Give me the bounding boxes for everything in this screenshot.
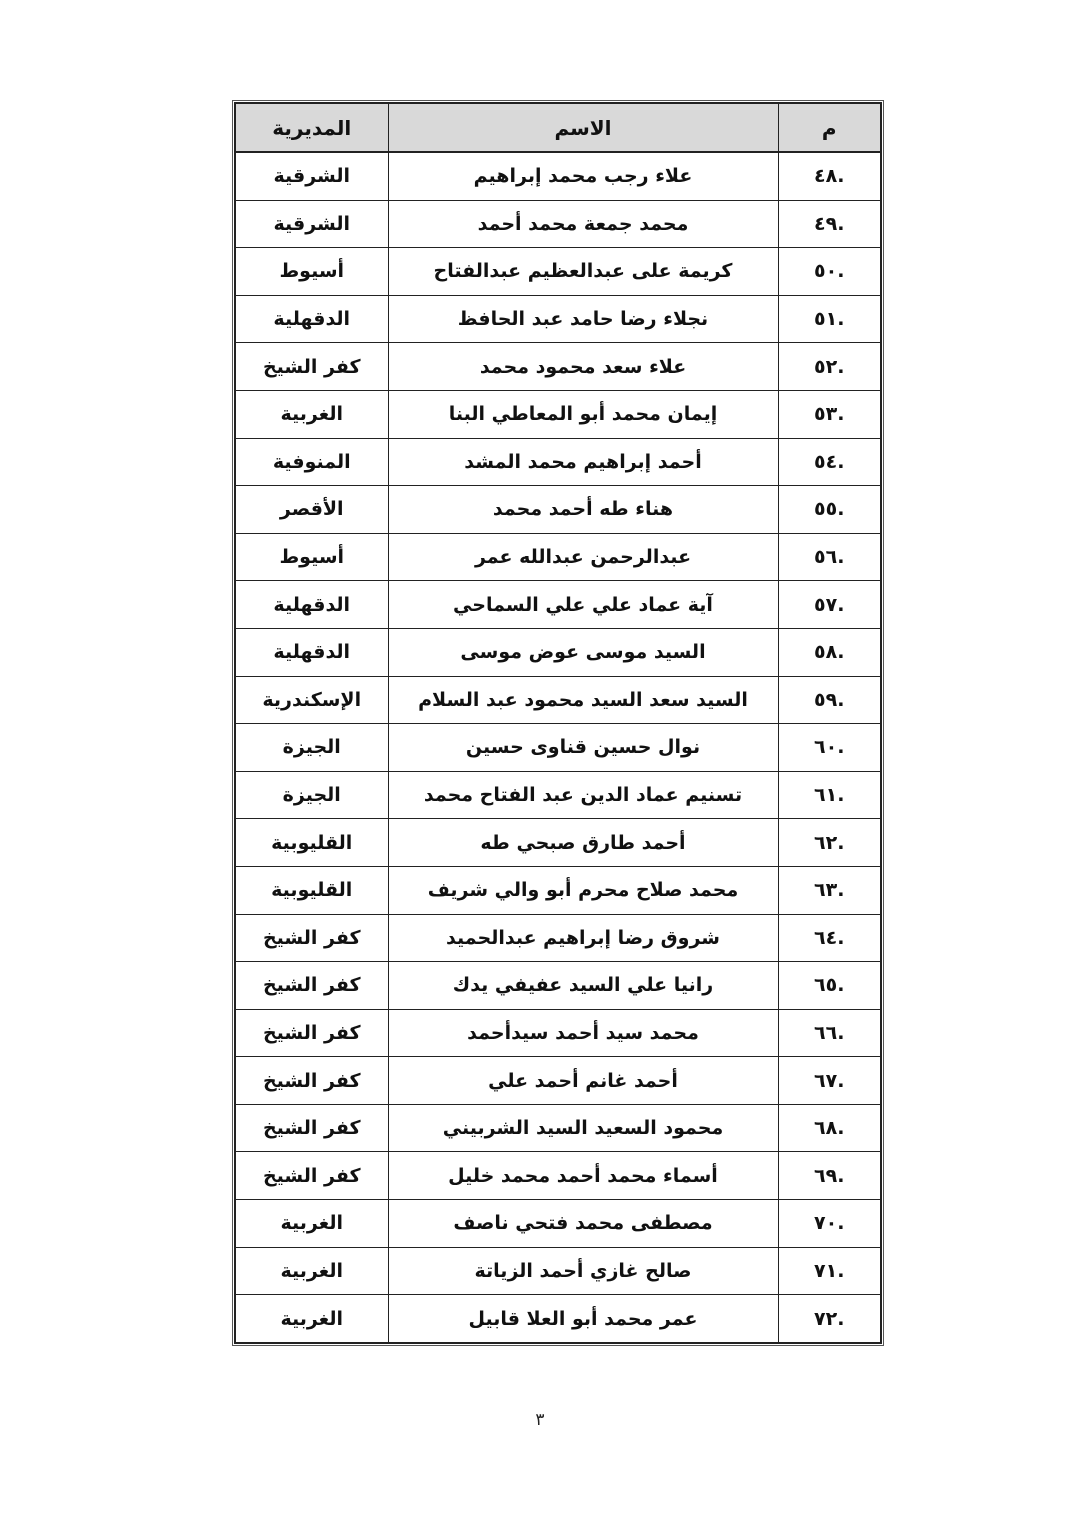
table-row: .٥٠كريمة على عبدالعظيم عبدالفتاحأسيوط	[235, 248, 881, 296]
row-directorate: الأقصر	[235, 486, 388, 534]
row-name: محمد سيد أحمد سيدأحمد	[388, 1009, 778, 1057]
table-row: .٧١صالح غازي أحمد الزياتةالغربية	[235, 1247, 881, 1295]
header-row: م الاسم المديرية	[235, 103, 881, 152]
table-row: .٤٨علاء رجب محمد إبراهيمالشرقية	[235, 152, 881, 200]
row-name: إيمان محمد أبو المعاطي البنا	[388, 390, 778, 438]
row-directorate: أسيوط	[235, 248, 388, 296]
row-number: .٦٩	[778, 1152, 881, 1200]
row-name: آية عماد علي علي السماحي	[388, 581, 778, 629]
row-directorate: كفر الشيخ	[235, 914, 388, 962]
row-name: نجلاء رضا حامد عبد الحافظ	[388, 295, 778, 343]
table-row: .٦٥رانيا علي السيد عفيفي يدككفر الشيخ	[235, 962, 881, 1010]
row-number: .٦٦	[778, 1009, 881, 1057]
row-name: أحمد طارق صبحي طه	[388, 819, 778, 867]
row-directorate: كفر الشيخ	[235, 1009, 388, 1057]
row-directorate: الدقهلية	[235, 581, 388, 629]
row-number: .٥٦	[778, 533, 881, 581]
row-directorate: كفر الشيخ	[235, 1152, 388, 1200]
row-name: السيد سعد السيد محمود عبد السلام	[388, 676, 778, 724]
table-row: .٦٦محمد سيد أحمد سيدأحمدكفر الشيخ	[235, 1009, 881, 1057]
row-directorate: كفر الشيخ	[235, 1057, 388, 1105]
table-body: .٤٨علاء رجب محمد إبراهيمالشرقية .٤٩محمد …	[235, 152, 881, 1343]
row-number: .٥٢	[778, 343, 881, 391]
table-row: .٤٩محمد جمعة محمد أحمدالشرقية	[235, 200, 881, 248]
row-directorate: الإسكندرية	[235, 676, 388, 724]
table-row: .٥٣إيمان محمد أبو المعاطي البناالغربية	[235, 390, 881, 438]
row-number: .٦٢	[778, 819, 881, 867]
table-row: .٧٠مصطفى محمد فتحي ناصفالغربية	[235, 1200, 881, 1248]
row-directorate: الجيزة	[235, 724, 388, 772]
names-table: م الاسم المديرية .٤٨علاء رجب محمد إبراهي…	[234, 102, 882, 1344]
row-directorate: الدقهلية	[235, 628, 388, 676]
row-name: تسنيم عماد الدين عبد الفتاح محمد	[388, 771, 778, 819]
row-name: هناء طه أحمد محمد	[388, 486, 778, 534]
row-name: عبدالرحمن عبدالله عمر	[388, 533, 778, 581]
row-name: أحمد إبراهيم محمد المشد	[388, 438, 778, 486]
row-directorate: الشرقية	[235, 152, 388, 200]
row-name: كريمة على عبدالعظيم عبدالفتاح	[388, 248, 778, 296]
row-number: .٥١	[778, 295, 881, 343]
document-page: م الاسم المديرية .٤٨علاء رجب محمد إبراهي…	[236, 102, 882, 1344]
table-row: .٦١تسنيم عماد الدين عبد الفتاح محمدالجيز…	[235, 771, 881, 819]
table-row: .٥٤أحمد إبراهيم محمد المشدالمنوفية	[235, 438, 881, 486]
table-row: .٥٦عبدالرحمن عبدالله عمرأسيوط	[235, 533, 881, 581]
row-number: .٥٥	[778, 486, 881, 534]
row-name: السيد موسى عوض موسى	[388, 628, 778, 676]
row-name: أحمد غانم أحمد علي	[388, 1057, 778, 1105]
row-name: نوال حسين قناوى حسين	[388, 724, 778, 772]
row-name: أسماء محمد أحمد محمد خليل	[388, 1152, 778, 1200]
row-directorate: الغربية	[235, 1200, 388, 1248]
table-row: .٥٥هناء طه أحمد محمدالأقصر	[235, 486, 881, 534]
header-name: الاسم	[388, 103, 778, 152]
row-directorate: الشرقية	[235, 200, 388, 248]
table-row: .٥٨السيد موسى عوض موسىالدقهلية	[235, 628, 881, 676]
row-number: .٥٤	[778, 438, 881, 486]
table-row: .٦٣محمد صلاح محرم أبو والي شريفالقليوبية	[235, 866, 881, 914]
table-row: .٥٧آية عماد علي علي السماحيالدقهلية	[235, 581, 881, 629]
table-row: .٦٧أحمد غانم أحمد عليكفر الشيخ	[235, 1057, 881, 1105]
row-name: علاء سعد محمود محمد	[388, 343, 778, 391]
row-directorate: القليوبية	[235, 819, 388, 867]
row-name: مصطفى محمد فتحي ناصف	[388, 1200, 778, 1248]
row-directorate: المنوفية	[235, 438, 388, 486]
row-name: محمود السعيد السيد الشربيني	[388, 1104, 778, 1152]
row-directorate: الغربية	[235, 1295, 388, 1343]
row-number: .٦٨	[778, 1104, 881, 1152]
row-directorate: الدقهلية	[235, 295, 388, 343]
row-number: .٧٠	[778, 1200, 881, 1248]
row-number: .٦٥	[778, 962, 881, 1010]
table-row: .٦٨محمود السعيد السيد الشربينيكفر الشيخ	[235, 1104, 881, 1152]
row-directorate: كفر الشيخ	[235, 343, 388, 391]
row-name: رانيا علي السيد عفيفي يدك	[388, 962, 778, 1010]
row-directorate: القليوبية	[235, 866, 388, 914]
header-directorate: المديرية	[235, 103, 388, 152]
row-number: .٦٠	[778, 724, 881, 772]
row-name: محمد جمعة محمد أحمد	[388, 200, 778, 248]
row-number: .٦١	[778, 771, 881, 819]
row-number: .٥٨	[778, 628, 881, 676]
row-directorate: كفر الشيخ	[235, 1104, 388, 1152]
row-name: صالح غازي أحمد الزياتة	[388, 1247, 778, 1295]
table-header: م الاسم المديرية	[235, 103, 881, 152]
table-row: .٥١نجلاء رضا حامد عبد الحافظالدقهلية	[235, 295, 881, 343]
page-number: ٣	[0, 1410, 1080, 1430]
table-row: .٦٠نوال حسين قناوى حسينالجيزة	[235, 724, 881, 772]
row-name: علاء رجب محمد إبراهيم	[388, 152, 778, 200]
row-directorate: الجيزة	[235, 771, 388, 819]
row-directorate: الغربية	[235, 1247, 388, 1295]
table-row: .٦٩أسماء محمد أحمد محمد خليلكفر الشيخ	[235, 1152, 881, 1200]
row-directorate: أسيوط	[235, 533, 388, 581]
row-number: .٤٨	[778, 152, 881, 200]
row-number: .٥٩	[778, 676, 881, 724]
row-number: .٧٢	[778, 1295, 881, 1343]
row-number: .٥٠	[778, 248, 881, 296]
row-number: .٥٣	[778, 390, 881, 438]
row-name: شروق رضا إبراهيم عبدالحميد	[388, 914, 778, 962]
row-number: .٧١	[778, 1247, 881, 1295]
row-name: عمر محمد أبو العلا قابيل	[388, 1295, 778, 1343]
table-row: .٥٢علاء سعد محمود محمدكفر الشيخ	[235, 343, 881, 391]
table-row: .٦٤شروق رضا إبراهيم عبدالحميدكفر الشيخ	[235, 914, 881, 962]
table-row: .٥٩السيد سعد السيد محمود عبد السلامالإسك…	[235, 676, 881, 724]
row-number: .٦٣	[778, 866, 881, 914]
row-directorate: كفر الشيخ	[235, 962, 388, 1010]
row-number: .٦٤	[778, 914, 881, 962]
table-row: .٧٢عمر محمد أبو العلا قابيلالغربية	[235, 1295, 881, 1343]
row-directorate: الغربية	[235, 390, 388, 438]
table-row: .٦٢أحمد طارق صبحي طهالقليوبية	[235, 819, 881, 867]
row-number: .٦٧	[778, 1057, 881, 1105]
row-name: محمد صلاح محرم أبو والي شريف	[388, 866, 778, 914]
row-number: .٥٧	[778, 581, 881, 629]
row-number: .٤٩	[778, 200, 881, 248]
header-number: م	[778, 103, 881, 152]
